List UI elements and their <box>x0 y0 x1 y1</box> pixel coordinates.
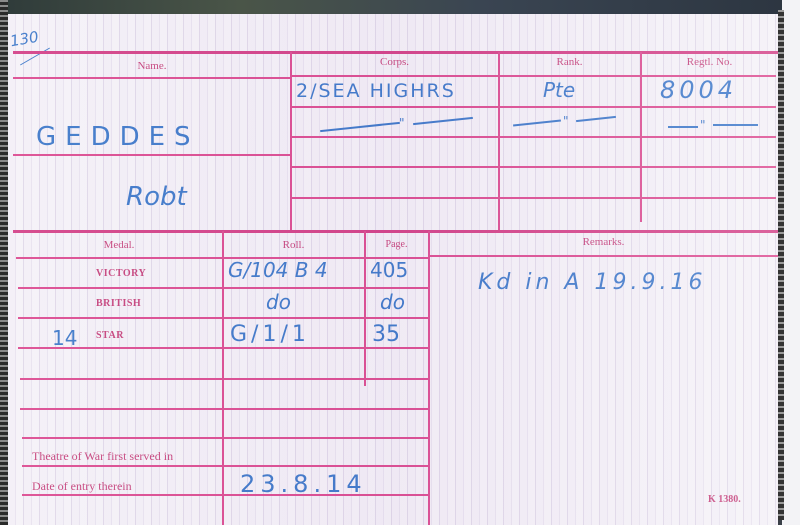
form-number: K 1380. <box>708 494 741 505</box>
ditto-line-regt <box>668 126 698 128</box>
theatre-rule <box>22 465 428 467</box>
ditto-mark-corps: " <box>399 116 405 130</box>
medal-name: VICTORY <box>96 268 146 279</box>
medal-rule-5 <box>20 408 428 410</box>
regt-no-header: Regtl. No. <box>641 56 778 68</box>
mid-rule <box>13 230 778 233</box>
date-entry-value: 23.8.14 <box>240 470 367 498</box>
scan-edge-right <box>782 0 800 525</box>
page-divider <box>364 231 366 386</box>
medal-roll: G/104 B 4 <box>228 258 328 282</box>
name-header: Name. <box>13 60 291 72</box>
medal-name: STAR <box>96 330 124 341</box>
page-header: Page. <box>365 239 428 250</box>
row-rule-4 <box>291 197 776 199</box>
corner-note: 130 <box>9 28 40 51</box>
scan-edge-right-dark <box>778 10 784 520</box>
theatre-label: Theatre of War first served in <box>32 449 173 464</box>
ditto-mark-rank: " <box>563 114 569 128</box>
corps-value: 2/SEA HIGHRS <box>296 80 456 102</box>
medal-rule-4 <box>20 378 428 380</box>
corps-divider <box>290 52 292 230</box>
corps-header: Corps. <box>291 56 498 68</box>
row-rule-2 <box>291 136 776 138</box>
medal-roll: do <box>266 290 291 314</box>
remarks-header: Remarks. <box>429 236 778 248</box>
medal-header: Medal. <box>16 239 222 251</box>
remarks-divider <box>428 231 430 525</box>
surname: GEDDES <box>36 122 200 152</box>
medal-rule-1 <box>18 287 428 289</box>
ditto-line-rank <box>513 119 561 126</box>
forename: Robt <box>126 182 187 212</box>
medal-prefix: 14 <box>52 326 77 350</box>
rank-divider <box>498 52 500 230</box>
top-rule <box>13 51 778 54</box>
medal-rule-6 <box>22 437 428 439</box>
roll-header: Roll. <box>223 239 364 251</box>
name-header-rule <box>13 77 291 79</box>
regt-no-value: 8004 <box>660 76 737 104</box>
remarks-value: Kd in A 19.9.16 <box>478 270 706 295</box>
medal-rule-3 <box>18 347 428 349</box>
medal-roll: G/1/1 <box>230 322 310 347</box>
medal-page: 35 <box>372 322 400 347</box>
remarks-header-rule <box>429 255 778 257</box>
ditto-line-regt-2 <box>713 124 758 126</box>
rank-value: Pte <box>543 78 575 102</box>
medal-header-rule <box>16 257 428 259</box>
ditto-line-corps <box>320 122 400 132</box>
medal-rule-2 <box>18 317 428 319</box>
surname-rule <box>13 154 291 156</box>
medal-page: 405 <box>370 258 408 282</box>
row-rule-1 <box>291 106 776 108</box>
medal-name: BRITISH <box>96 298 141 309</box>
date-entry-rule <box>22 494 428 496</box>
medal-index-card: 130 Name. Corps. Rank. Regtl. No. GEDDES… <box>8 14 778 525</box>
row-rule-3 <box>291 166 776 168</box>
ditto-mark-regt: " <box>700 118 706 132</box>
ditto-line-rank-2 <box>576 116 616 122</box>
medal-page: do <box>380 290 405 314</box>
rank-header: Rank. <box>499 56 640 68</box>
date-entry-label: Date of entry therein <box>32 479 132 494</box>
scan-edge-left <box>0 0 8 525</box>
ditto-line-corps-2 <box>413 117 473 125</box>
